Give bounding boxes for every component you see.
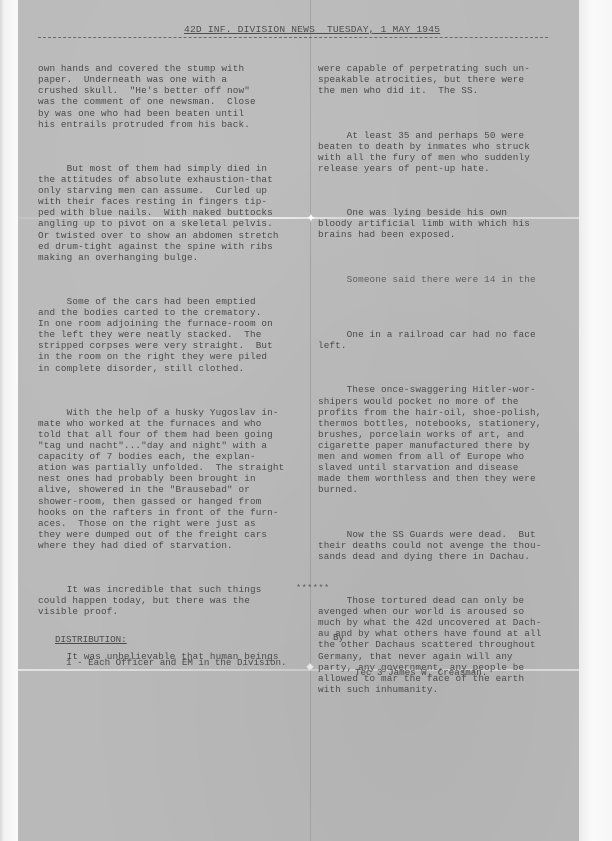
scan-border-right bbox=[579, 0, 612, 841]
paragraph: Now the SS Guards were dead. But their d… bbox=[318, 529, 580, 562]
asterisk-separator: ****** bbox=[296, 583, 330, 593]
fold-notch-icon: ◆ bbox=[304, 662, 316, 672]
byline-author: Tec 3 James W. Creasman. bbox=[333, 667, 487, 679]
paragraph: One in a railroad car had no face left. bbox=[318, 329, 580, 351]
distribution-heading: DISTRIBUTION: bbox=[55, 634, 287, 646]
byline-by: By bbox=[333, 632, 487, 644]
distribution-block: DISTRIBUTION: 1 - Each Officer and EM in… bbox=[55, 611, 287, 669]
paragraph: At least 35 and perhaps 50 were beaten t… bbox=[318, 130, 580, 174]
paragraph: These once-swaggering Hitler-wor- shiper… bbox=[318, 384, 580, 495]
header-dashed-rule bbox=[38, 37, 548, 38]
paragraph: Someone said there were 14 in the bbox=[318, 274, 580, 296]
paragraph: One was lying beside his own bloody arti… bbox=[318, 207, 580, 240]
vertical-fold-crease bbox=[310, 0, 311, 841]
paragraph: But most of them had simply died in the … bbox=[38, 163, 298, 263]
header-title: 42D INF. DIVISION NEWS TUESDAY, 1 MAY 19… bbox=[184, 24, 440, 35]
paragraph: With the help of a husky Yugoslav in- ma… bbox=[38, 407, 298, 551]
left-column: own hands and covered the stump with pap… bbox=[38, 41, 298, 684]
distribution-line: 1 - Each Officer and EM in the Division. bbox=[66, 657, 287, 668]
paragraph: Some of the cars had been emptied and th… bbox=[38, 296, 298, 374]
scan-border-left bbox=[0, 0, 18, 841]
paragraph: were capable of perpetrating such un- sp… bbox=[318, 63, 580, 96]
paragraph: own hands and covered the stump with pap… bbox=[38, 63, 298, 130]
byline-block: By Tec 3 James W. Creasman. bbox=[333, 609, 487, 690]
